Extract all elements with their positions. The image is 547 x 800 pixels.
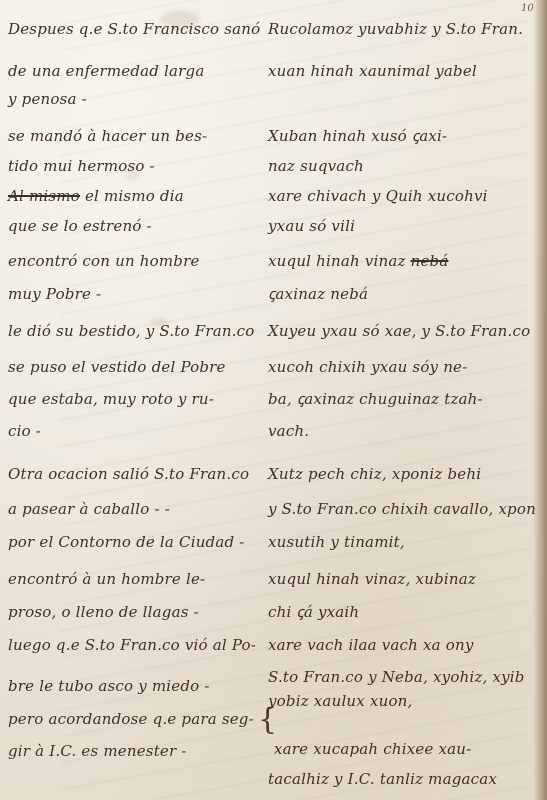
spanish-line: cio - <box>8 422 41 440</box>
kaqchikel-text: xuqul hinah vinaz <box>268 252 411 270</box>
kaqchikel-line: xare vach ilaa vach xa ony <box>268 636 474 654</box>
spanish-line: Otra ocacion salió S.to Fran.co <box>8 465 249 483</box>
kaqchikel-line: chi ꞔá yxaih <box>268 603 359 621</box>
kaqchikel-line: tacalhiz y I.C. tanliz magacax <box>268 770 497 788</box>
kaqchikel-line: Xuban hinah xusó ꞔaxi- <box>268 127 447 145</box>
spanish-text: el mismo dia <box>85 187 184 205</box>
kaqchikel-line: ꞔaxinaz nebá <box>268 285 368 303</box>
spanish-line: se mandó à hacer un bes- <box>8 127 207 145</box>
spanish-line: pero acordandose q.e para seg- <box>8 710 254 728</box>
kaqchikel-line: vach. <box>268 422 309 440</box>
kaqchikel-line: xare xucapah chixee xau- <box>274 740 471 758</box>
kaqchikel-line: Xutz pech chiz, xponiz behi <box>268 465 481 483</box>
spanish-line-with-strikethrough: Al mismo el mismo dia <box>8 187 184 205</box>
spanish-line: que estaba, muy roto y ru- <box>8 390 214 408</box>
spanish-line: muy Pobre - <box>8 285 101 303</box>
spanish-line: por el Contorno de la Ciudad - <box>8 533 245 551</box>
spanish-line: le dió su bestido, y S.to Fran.co <box>8 322 255 340</box>
struck-text: Al mismo <box>8 187 80 205</box>
spanish-line: luego q.e S.to Fran.co vió al Po- <box>8 636 256 654</box>
spanish-line: encontró à un hombre le- <box>8 570 205 588</box>
spanish-line: de una enfermedad larga <box>8 62 205 80</box>
kaqchikel-line: xuan hinah xaunimal yabel <box>268 62 477 80</box>
spanish-line: tido mui hermoso - <box>8 157 155 175</box>
kaqchikel-line: xare chivach y Quih xucohvi <box>268 187 488 205</box>
brace-mark: { <box>258 702 277 737</box>
folio-number: 10 <box>521 3 534 14</box>
spanish-line: bre le tubo asco y miedo - <box>8 677 210 695</box>
kaqchikel-line: naz suqvach <box>268 157 364 175</box>
kaqchikel-line: xusutih y tinamit, <box>268 533 405 551</box>
kaqchikel-line: Rucolamoz yuvabhiz y S.to Fran. <box>268 20 523 38</box>
spanish-line: a pasear à caballo - - <box>8 500 170 518</box>
kaqchikel-line: yobiz xaulux xuon, <box>268 692 413 710</box>
kaqchikel-line: ba, ꞔaxinaz chuguinaz tzah- <box>268 390 483 408</box>
manuscript-page: 10 Despues q.e S.to Francisco sanó de un… <box>0 0 547 800</box>
spanish-line: encontró con un hombre <box>8 252 200 270</box>
kaqchikel-line-with-strikethrough: xuqul hinah vinaz nebá <box>268 252 448 270</box>
kaqchikel-line: S.to Fran.co y Neba, xyohiz, xyib <box>268 668 525 686</box>
struck-text: nebá <box>411 252 449 270</box>
spanish-line: Despues q.e S.to Francisco sanó <box>8 20 260 38</box>
spanish-line: y penosa - <box>8 90 87 108</box>
kaqchikel-line: xucoh chixih yxau sóy ne- <box>268 358 467 376</box>
spanish-line: se puso el vestido del Pobre <box>8 358 226 376</box>
kaqchikel-line: yxau só vili <box>268 217 355 235</box>
kaqchikel-line: Xuyeu yxau só xae, y S.to Fran.co <box>268 322 530 340</box>
kaqchikel-line: y S.to Fran.co chixih cavallo, xpon <box>268 500 536 518</box>
spanish-line: proso, o lleno de llagas - <box>8 603 199 621</box>
spanish-line: que se lo estrenó - <box>8 217 152 235</box>
spanish-line: gir à I.C. es menester - <box>8 742 187 760</box>
kaqchikel-line: xuqul hinah vinaz, xubinaz <box>268 570 476 588</box>
